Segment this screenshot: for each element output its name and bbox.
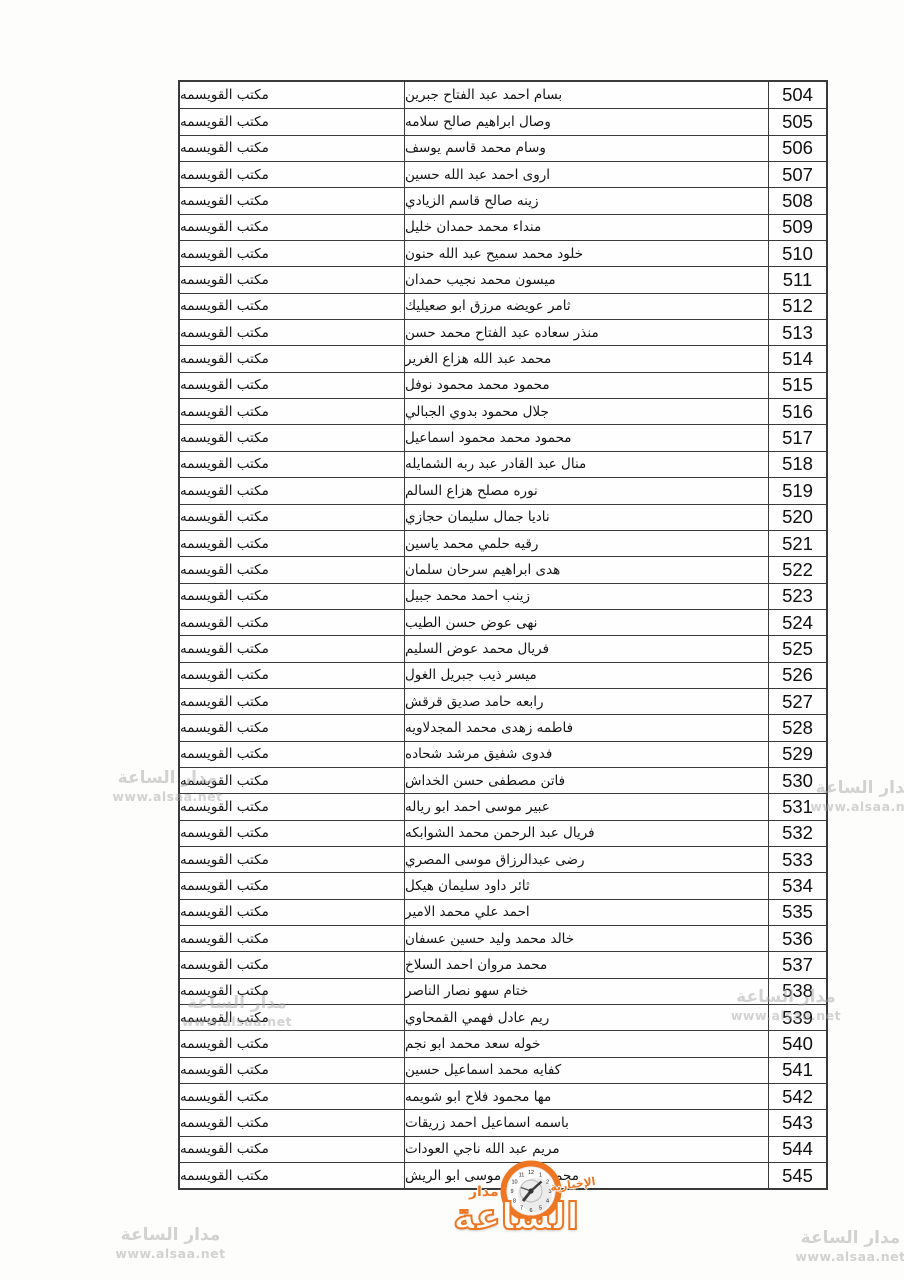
office-cell: مكتب القويسمه bbox=[180, 1110, 404, 1135]
person-name-cell: رضى عبدالرزاق موسى المصري bbox=[404, 847, 769, 872]
office-cell: مكتب القويسمه bbox=[180, 294, 404, 319]
serial-number-cell: 541 bbox=[769, 1058, 826, 1083]
serial-number-cell: 507 bbox=[769, 162, 826, 187]
office-cell: مكتب القويسمه bbox=[180, 715, 404, 740]
roster-table: مكتب القويسمه بسام احمد عبد الفتاح جبرين… bbox=[178, 80, 828, 1190]
site-watermark: مدار الساعة www.alsaa.net bbox=[103, 1225, 238, 1262]
person-name-cell: خلود محمد سميح عبد الله حنون bbox=[404, 241, 769, 266]
person-name-cell: وصال ابراهيم صالح سلامه bbox=[404, 109, 769, 134]
table-row: مكتب القويسمه فريال عبد الرحمن محمد الشو… bbox=[180, 820, 826, 846]
serial-number-cell: 517 bbox=[769, 425, 826, 450]
table-row: مكتب القويسمه عبير موسى احمد ابو رياله 5… bbox=[180, 793, 826, 819]
table-row: مكتب القويسمه نوره مصلح هزاع السالم 519 bbox=[180, 477, 826, 503]
serial-number-cell: 536 bbox=[769, 926, 826, 951]
table-row: مكتب القويسمه رابعه حامد صديق قرقش 527 bbox=[180, 688, 826, 714]
person-name-cell: اروى احمد عبد الله حسين bbox=[404, 162, 769, 187]
office-cell: مكتب القويسمه bbox=[180, 689, 404, 714]
serial-number-cell: 505 bbox=[769, 109, 826, 134]
office-cell: مكتب القويسمه bbox=[180, 452, 404, 477]
person-name-cell: كفايه محمد اسماعيل حسين bbox=[404, 1058, 769, 1083]
person-name-cell: مها محمود فلاح ابو شويمه bbox=[404, 1084, 769, 1109]
serial-number-cell: 528 bbox=[769, 715, 826, 740]
table-row: مكتب القويسمه بسام احمد عبد الفتاح جبرين… bbox=[180, 82, 826, 108]
table-row: مكتب القويسمه منال عبد القادر عبد ربه ال… bbox=[180, 451, 826, 477]
person-name-cell: رابعه حامد صديق قرقش bbox=[404, 689, 769, 714]
person-name-cell: باسمه اسماعيل احمد زريقات bbox=[404, 1110, 769, 1135]
person-name-cell: محمود محمد محمود اسماعيل bbox=[404, 425, 769, 450]
office-cell: مكتب القويسمه bbox=[180, 636, 404, 661]
office-cell: مكتب القويسمه bbox=[180, 1084, 404, 1109]
office-cell: مكتب القويسمه bbox=[180, 346, 404, 371]
serial-number-cell: 504 bbox=[769, 82, 826, 108]
office-cell: مكتب القويسمه bbox=[180, 373, 404, 398]
table-row: مكتب القويسمه رقيه حلمي محمد ياسين 521 bbox=[180, 530, 826, 556]
serial-number-cell: 524 bbox=[769, 610, 826, 635]
office-cell: مكتب القويسمه bbox=[180, 821, 404, 846]
site-logo: 121234567891011 مدار الساعة الإخبارية bbox=[455, 1156, 620, 1261]
office-cell: مكتب القويسمه bbox=[180, 1031, 404, 1056]
serial-number-cell: 510 bbox=[769, 241, 826, 266]
office-cell: مكتب القويسمه bbox=[180, 557, 404, 582]
person-name-cell: فريال عبد الرحمن محمد الشوابكه bbox=[404, 821, 769, 846]
table-row: مكتب القويسمه محمود محمد محمود نوفل 515 bbox=[180, 372, 826, 398]
office-cell: مكتب القويسمه bbox=[180, 399, 404, 424]
serial-number-cell: 525 bbox=[769, 636, 826, 661]
office-cell: مكتب القويسمه bbox=[180, 979, 404, 1004]
table-row: مكتب القويسمه محمد عبد الله هزاع الغرير … bbox=[180, 345, 826, 371]
person-name-cell: هدى ابراهيم سرحان سلمان bbox=[404, 557, 769, 582]
person-name-cell: جلال محمود بدوي الجبالي bbox=[404, 399, 769, 424]
table-row: مكتب القويسمه نهى عوض حسن الطيب 524 bbox=[180, 609, 826, 635]
office-cell: مكتب القويسمه bbox=[180, 162, 404, 187]
table-row: مكتب القويسمه مها محمود فلاح ابو شويمه 5… bbox=[180, 1083, 826, 1109]
serial-number-cell: 537 bbox=[769, 952, 826, 977]
serial-number-cell: 531 bbox=[769, 794, 826, 819]
office-cell: مكتب القويسمه bbox=[180, 241, 404, 266]
office-cell: مكتب القويسمه bbox=[180, 478, 404, 503]
person-name-cell: ناديا جمال سليمان حجازي bbox=[404, 505, 769, 530]
table-row: مكتب القويسمه رضى عبدالرزاق موسى المصري … bbox=[180, 846, 826, 872]
watermark-site-name: مدار الساعة bbox=[103, 1225, 238, 1246]
table-row: مكتب القويسمه فاطمه زهدى محمد المجدلاويه… bbox=[180, 714, 826, 740]
person-name-cell: فدوى شفيق مرشد شحاده bbox=[404, 742, 769, 767]
office-cell: مكتب القويسمه bbox=[180, 136, 404, 161]
office-cell: مكتب القويسمه bbox=[180, 1058, 404, 1083]
person-name-cell: ختام سهو نصار الناصر bbox=[404, 979, 769, 1004]
serial-number-cell: 527 bbox=[769, 689, 826, 714]
serial-number-cell: 520 bbox=[769, 505, 826, 530]
svg-text:11: 11 bbox=[519, 1173, 525, 1179]
table-row: مكتب القويسمه فاتن مصطفى حسن الخداش 530 bbox=[180, 767, 826, 793]
table-row: مكتب القويسمه ناديا جمال سليمان حجازي 52… bbox=[180, 504, 826, 530]
person-name-cell: بسام احمد عبد الفتاح جبرين bbox=[404, 82, 769, 108]
person-name-cell: ريم عادل فهمي القمحاوي bbox=[404, 1005, 769, 1030]
svg-text:12: 12 bbox=[528, 1170, 534, 1176]
serial-number-cell: 543 bbox=[769, 1110, 826, 1135]
office-cell: مكتب القويسمه bbox=[180, 768, 404, 793]
person-name-cell: فاطمه زهدى محمد المجدلاويه bbox=[404, 715, 769, 740]
person-name-cell: خوله سعد محمد ابو نجم bbox=[404, 1031, 769, 1056]
office-cell: مكتب القويسمه bbox=[180, 505, 404, 530]
table-row: مكتب القويسمه اروى احمد عبد الله حسين 50… bbox=[180, 161, 826, 187]
office-cell: مكتب القويسمه bbox=[180, 926, 404, 951]
table-row: مكتب القويسمه منداء محمد حمدان خليل 509 bbox=[180, 214, 826, 240]
person-name-cell: زينه صالح قاسم الزيادي bbox=[404, 188, 769, 213]
table-row: مكتب القويسمه خوله سعد محمد ابو نجم 540 bbox=[180, 1030, 826, 1056]
person-name-cell: ثائر داود سليمان هيكل bbox=[404, 873, 769, 898]
serial-number-cell: 538 bbox=[769, 979, 826, 1004]
person-name-cell: فريال محمد عوض السليم bbox=[404, 636, 769, 661]
person-name-cell: احمد علي محمد الامير bbox=[404, 900, 769, 925]
svg-text:10: 10 bbox=[511, 1180, 517, 1186]
serial-number-cell: 522 bbox=[769, 557, 826, 582]
serial-number-cell: 523 bbox=[769, 584, 826, 609]
person-name-cell: نهى عوض حسن الطيب bbox=[404, 610, 769, 635]
serial-number-cell: 535 bbox=[769, 900, 826, 925]
logo-text-madar: مدار bbox=[469, 1184, 499, 1200]
office-cell: مكتب القويسمه bbox=[180, 109, 404, 134]
site-watermark: مدار الساعة www.alsaa.net bbox=[783, 1228, 904, 1265]
person-name-cell: ميسر ذيب جبريل الغول bbox=[404, 663, 769, 688]
office-cell: مكتب القويسمه bbox=[180, 215, 404, 240]
serial-number-cell: 533 bbox=[769, 847, 826, 872]
table-row: مكتب القويسمه ثائر داود سليمان هيكل 534 bbox=[180, 872, 826, 898]
office-cell: مكتب القويسمه bbox=[180, 742, 404, 767]
office-cell: مكتب القويسمه bbox=[180, 1163, 404, 1188]
office-cell: مكتب القويسمه bbox=[180, 794, 404, 819]
office-cell: مكتب القويسمه bbox=[180, 610, 404, 635]
table-row: مكتب القويسمه ثامر عويضه مرزق ابو صعيليك… bbox=[180, 293, 826, 319]
table-row: مكتب القويسمه خالد محمد وليد حسين عسفان … bbox=[180, 925, 826, 951]
office-cell: مكتب القويسمه bbox=[180, 873, 404, 898]
serial-number-cell: 530 bbox=[769, 768, 826, 793]
office-cell: مكتب القويسمه bbox=[180, 425, 404, 450]
person-name-cell: زينب احمد محمد جبيل bbox=[404, 584, 769, 609]
serial-number-cell: 540 bbox=[769, 1031, 826, 1056]
office-cell: مكتب القويسمه bbox=[180, 584, 404, 609]
person-name-cell: نوره مصلح هزاع السالم bbox=[404, 478, 769, 503]
serial-number-cell: 509 bbox=[769, 215, 826, 240]
person-name-cell: وسام محمد قاسم يوسف bbox=[404, 136, 769, 161]
person-name-cell: منداء محمد حمدان خليل bbox=[404, 215, 769, 240]
table-row: مكتب القويسمه فريال محمد عوض السليم 525 bbox=[180, 635, 826, 661]
watermark-site-name: مدار الساعة bbox=[783, 1228, 904, 1249]
table-row: مكتب القويسمه وسام محمد قاسم يوسف 506 bbox=[180, 135, 826, 161]
serial-number-cell: 539 bbox=[769, 1005, 826, 1030]
serial-number-cell: 513 bbox=[769, 320, 826, 345]
serial-number-cell: 514 bbox=[769, 346, 826, 371]
serial-number-cell: 529 bbox=[769, 742, 826, 767]
table-row: مكتب القويسمه جلال محمود بدوي الجبالي 51… bbox=[180, 398, 826, 424]
serial-number-cell: 542 bbox=[769, 1084, 826, 1109]
person-name-cell: منال عبد القادر عبد ربه الشمايله bbox=[404, 452, 769, 477]
serial-number-cell: 534 bbox=[769, 873, 826, 898]
table-row: مكتب القويسمه كفايه محمد اسماعيل حسين 54… bbox=[180, 1057, 826, 1083]
serial-number-cell: 526 bbox=[769, 663, 826, 688]
serial-number-cell: 508 bbox=[769, 188, 826, 213]
serial-number-cell: 515 bbox=[769, 373, 826, 398]
person-name-cell: محمد عبد الله هزاع الغرير bbox=[404, 346, 769, 371]
person-name-cell: محمد مروان احمد السلاخ bbox=[404, 952, 769, 977]
person-name-cell: منذر سعاده عبد الفتاح محمد حسن bbox=[404, 320, 769, 345]
office-cell: مكتب القويسمه bbox=[180, 320, 404, 345]
person-name-cell: محمود محمد محمود نوفل bbox=[404, 373, 769, 398]
watermark-url: www.alsaa.net bbox=[103, 1246, 238, 1262]
table-row: مكتب القويسمه ريم عادل فهمي القمحاوي 539 bbox=[180, 1004, 826, 1030]
table-row: مكتب القويسمه فدوى شفيق مرشد شحاده 529 bbox=[180, 741, 826, 767]
serial-number-cell: 519 bbox=[769, 478, 826, 503]
person-name-cell: خالد محمد وليد حسين عسفان bbox=[404, 926, 769, 951]
table-row: مكتب القويسمه محمد مروان احمد السلاخ 537 bbox=[180, 951, 826, 977]
table-row: مكتب القويسمه محمود محمد محمود اسماعيل 5… bbox=[180, 424, 826, 450]
office-cell: مكتب القويسمه bbox=[180, 900, 404, 925]
office-cell: مكتب القويسمه bbox=[180, 663, 404, 688]
table-row: مكتب القويسمه باسمه اسماعيل احمد زريقات … bbox=[180, 1109, 826, 1135]
office-cell: مكتب القويسمه bbox=[180, 531, 404, 556]
serial-number-cell: 511 bbox=[769, 267, 826, 292]
office-cell: مكتب القويسمه bbox=[180, 82, 404, 108]
person-name-cell: رقيه حلمي محمد ياسين bbox=[404, 531, 769, 556]
person-name-cell: فاتن مصطفى حسن الخداش bbox=[404, 768, 769, 793]
table-row: مكتب القويسمه زينب احمد محمد جبيل 523 bbox=[180, 583, 826, 609]
serial-number-cell: 512 bbox=[769, 294, 826, 319]
table-row: مكتب القويسمه ميسر ذيب جبريل الغول 526 bbox=[180, 662, 826, 688]
logo-text-alsaa: الساعة bbox=[465, 1195, 579, 1238]
table-row: مكتب القويسمه وصال ابراهيم صالح سلامه 50… bbox=[180, 108, 826, 134]
scanned-document-page: مكتب القويسمه بسام احمد عبد الفتاح جبرين… bbox=[0, 0, 904, 1280]
serial-number-cell: 544 bbox=[769, 1137, 826, 1162]
table-row: مكتب القويسمه هدى ابراهيم سرحان سلمان 52… bbox=[180, 556, 826, 582]
table-row: مكتب القويسمه زينه صالح قاسم الزيادي 508 bbox=[180, 187, 826, 213]
serial-number-cell: 532 bbox=[769, 821, 826, 846]
office-cell: مكتب القويسمه bbox=[180, 847, 404, 872]
watermark-url: www.alsaa.net bbox=[783, 1249, 904, 1265]
serial-number-cell: 521 bbox=[769, 531, 826, 556]
table-row: مكتب القويسمه خلود محمد سميح عبد الله حن… bbox=[180, 240, 826, 266]
person-name-cell: ميسون محمد نجيب حمدان bbox=[404, 267, 769, 292]
office-cell: مكتب القويسمه bbox=[180, 1137, 404, 1162]
person-name-cell: ثامر عويضه مرزق ابو صعيليك bbox=[404, 294, 769, 319]
serial-number-cell: 516 bbox=[769, 399, 826, 424]
svg-text:1: 1 bbox=[539, 1173, 542, 1179]
table-row: مكتب القويسمه احمد علي محمد الامير 535 bbox=[180, 899, 826, 925]
office-cell: مكتب القويسمه bbox=[180, 188, 404, 213]
table-row: مكتب القويسمه ميسون محمد نجيب حمدان 511 bbox=[180, 266, 826, 292]
table-row: مكتب القويسمه ختام سهو نصار الناصر 538 bbox=[180, 978, 826, 1004]
table-row: مكتب القويسمه منذر سعاده عبد الفتاح محمد… bbox=[180, 319, 826, 345]
office-cell: مكتب القويسمه bbox=[180, 1005, 404, 1030]
serial-number-cell: 506 bbox=[769, 136, 826, 161]
serial-number-cell: 545 bbox=[769, 1163, 826, 1188]
serial-number-cell: 518 bbox=[769, 452, 826, 477]
office-cell: مكتب القويسمه bbox=[180, 952, 404, 977]
person-name-cell: عبير موسى احمد ابو رياله bbox=[404, 794, 769, 819]
office-cell: مكتب القويسمه bbox=[180, 267, 404, 292]
